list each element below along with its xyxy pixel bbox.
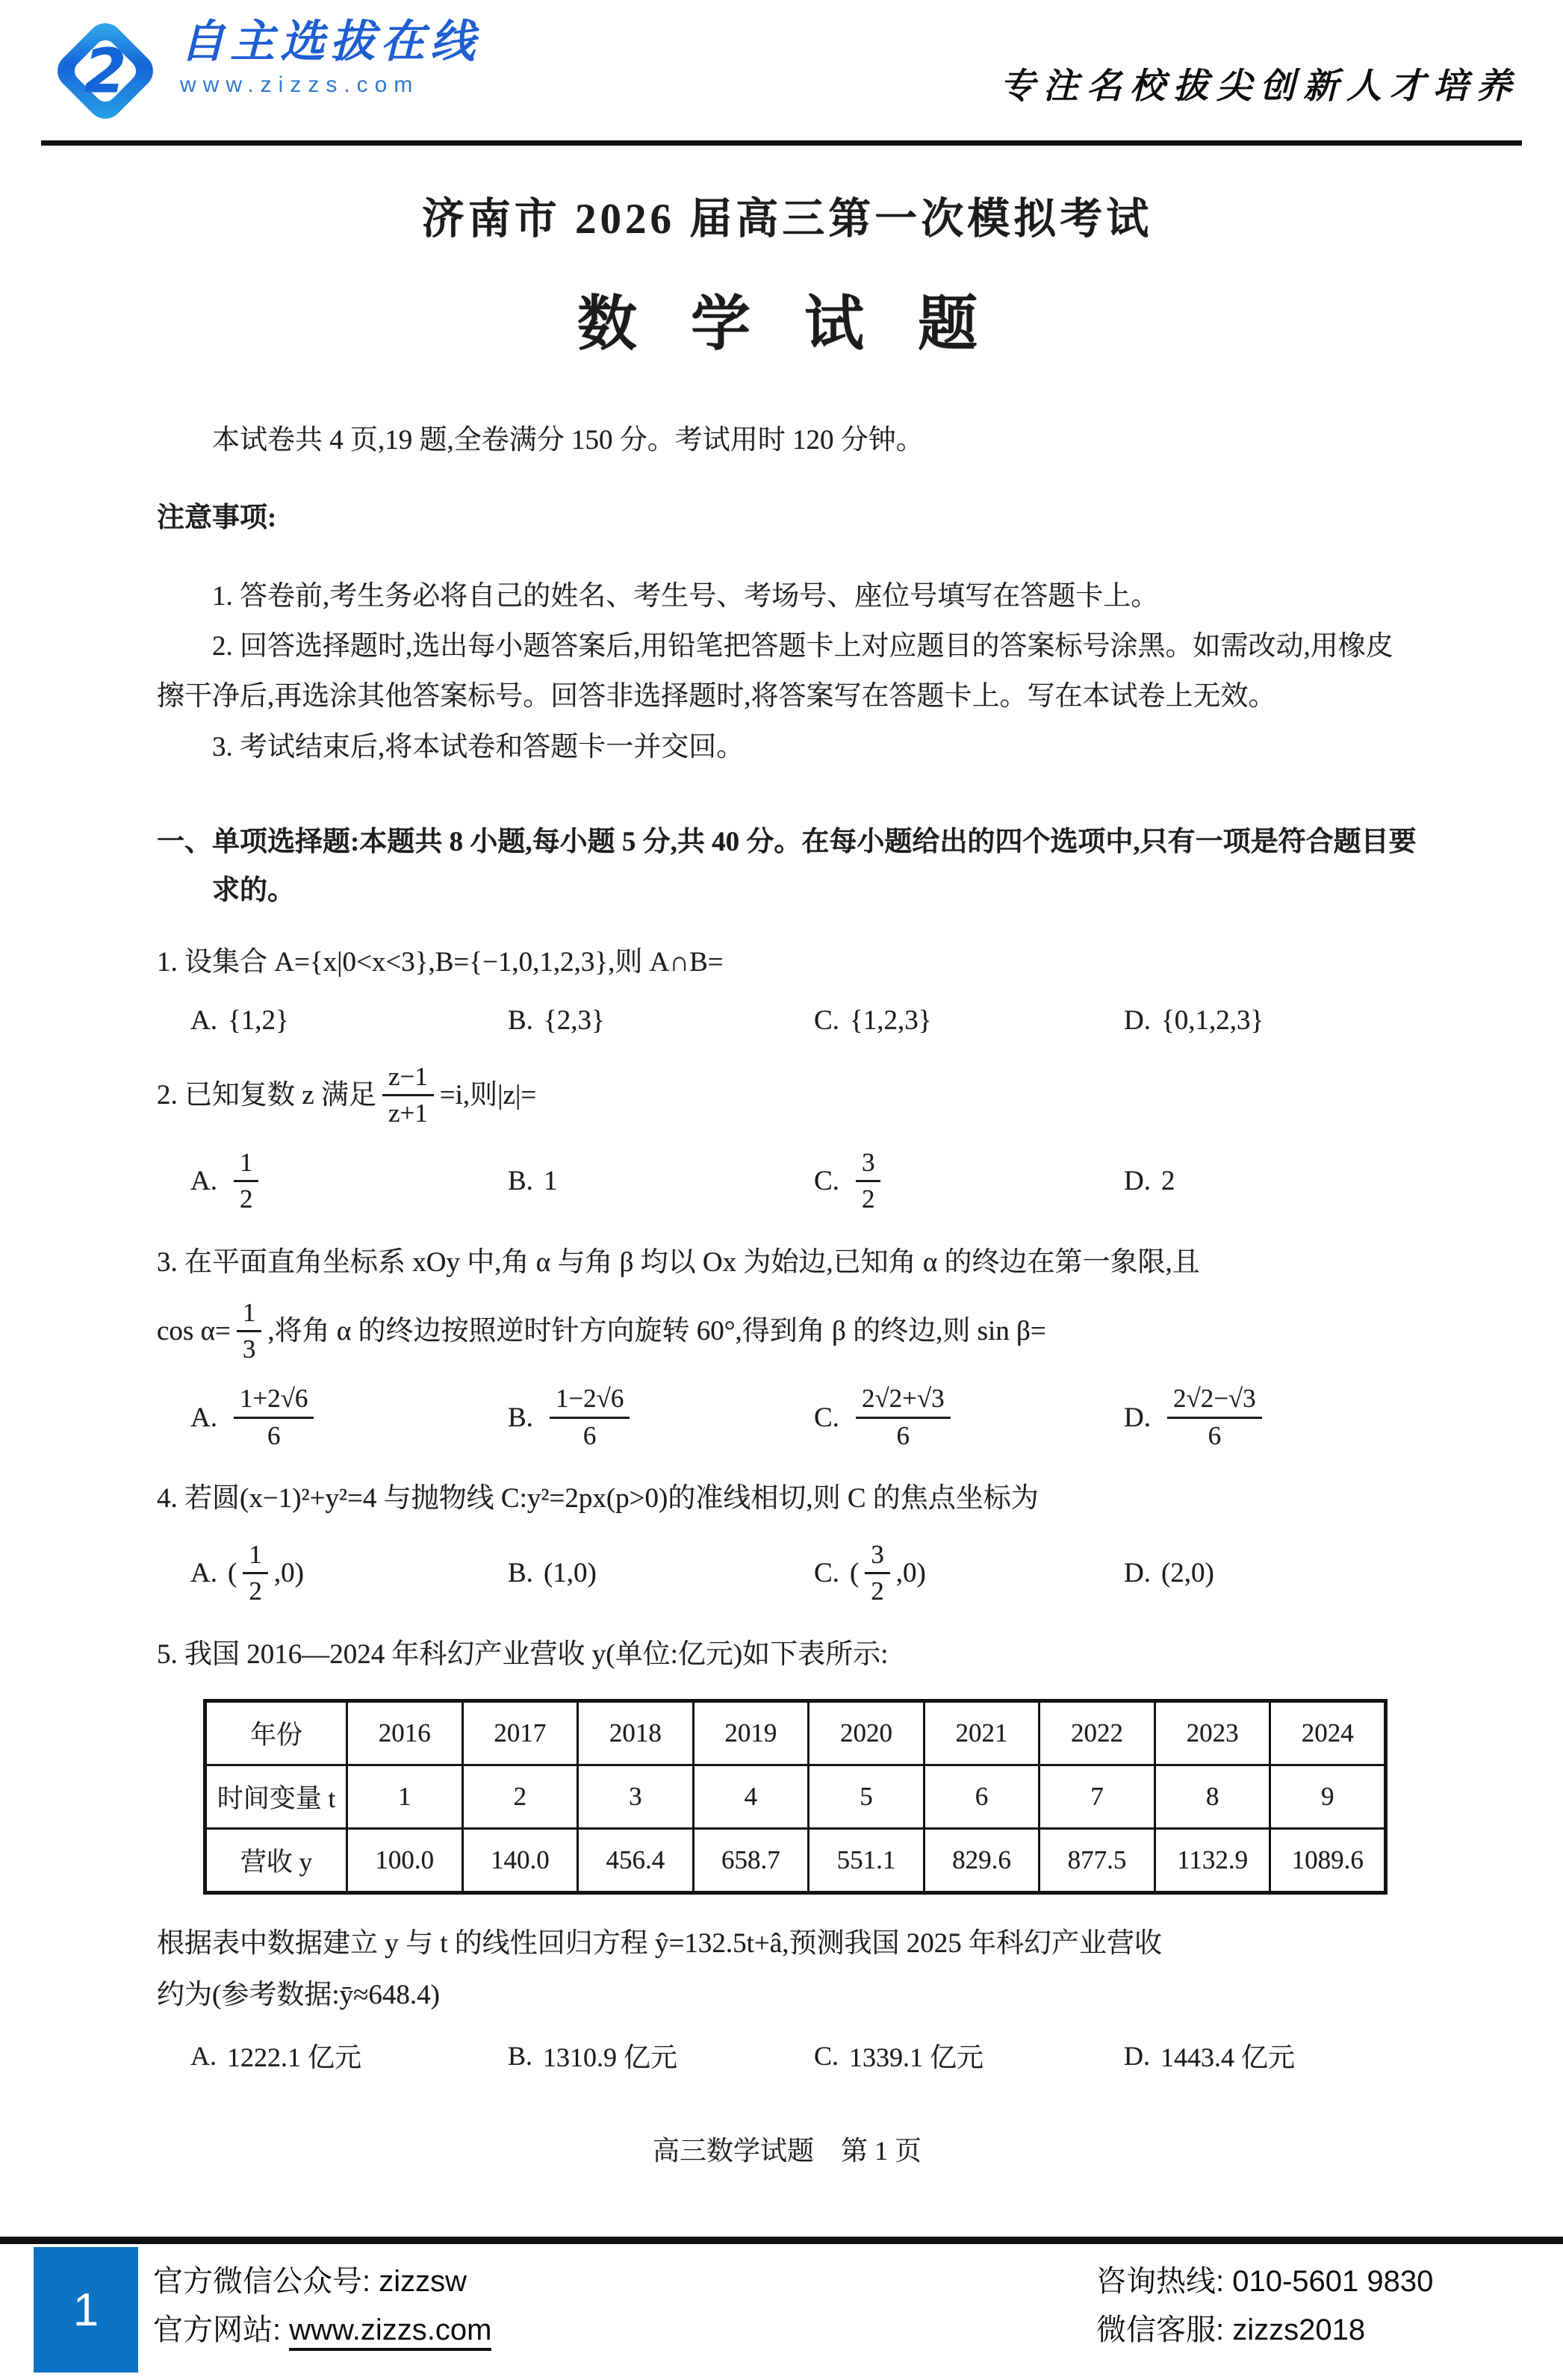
page-number-label: 高三数学试题 第 1 页 [157, 2130, 1417, 2168]
table-cell: 2024 [1270, 1700, 1386, 1765]
fraction: 2√2−√36 [1167, 1384, 1262, 1451]
page-header: 2 自主选拔在线 www.zizzs.com 专注名校拔尖创新人才培养 [0, 0, 1563, 130]
table-cell: 1 [347, 1765, 463, 1828]
table-cell: 877.5 [1040, 1828, 1155, 1892]
exam-summary: 本试卷共 4 页,19 题,全卷满分 150 分。考试用时 120 分钟。 [157, 415, 1417, 465]
page-index-badge: 1 [34, 2247, 138, 2373]
table-cell: 456.4 [578, 1828, 694, 1892]
option-c: C. 2√2+√36 [814, 1384, 1124, 1451]
table-row: 营收 y100.0140.0456.4658.7551.1829.6877.51… [205, 1828, 1386, 1892]
table-cell: 2021 [924, 1700, 1040, 1765]
fraction: 2√2+√36 [856, 1384, 951, 1451]
option-d: D. 2√2−√36 [1124, 1384, 1417, 1451]
row-header-cell: 年份 [205, 1700, 347, 1765]
question-2-stem: 2. 已知复数 z 满足 z−1z+1 =i,则|z|= [157, 1062, 1417, 1129]
option-b: B. 1−2√66 [508, 1384, 814, 1451]
option-b: B. {2,3} [508, 1004, 814, 1037]
table-cell: 551.1 [809, 1828, 925, 1892]
fraction: 32 [865, 1540, 890, 1607]
table-cell: 5 [809, 1765, 925, 1828]
option-d: D. {0,1,2,3} [1124, 1004, 1417, 1037]
option-a: A. {1,2} [190, 1004, 508, 1037]
option-d: D. (2,0) [1124, 1557, 1417, 1589]
fraction: 12 [234, 1148, 259, 1215]
table-cell: 7 [1040, 1765, 1155, 1828]
site-logo: 2 自主选拔在线 www.zizzs.com [41, 12, 480, 130]
brand-url: www.zizzs.com [180, 72, 480, 98]
table-cell: 658.7 [693, 1828, 809, 1892]
table-cell: 100.0 [347, 1828, 463, 1892]
question-5-options: A. 1222.1 亿元 B. 1310.9 亿元 C. 1339.1 亿元 D… [157, 2036, 1417, 2075]
option-d: D. 2 [1124, 1165, 1417, 1197]
question-5-stem: 5. 我国 2016—2024 年科幻产业营收 y(单位:亿元)如下表所示: [157, 1632, 1417, 1677]
question-4-options: A. ( 12 ,0) B. (1,0) C. ( 32 ,0) D. (2,0… [157, 1540, 1417, 1607]
table-cell: 2016 [347, 1700, 463, 1765]
table-cell: 3 [578, 1765, 694, 1828]
option-b: B. 1 [508, 1165, 814, 1197]
table-cell: 2023 [1155, 1700, 1270, 1765]
table-cell: 1132.9 [1155, 1828, 1270, 1892]
table-cell: 9 [1270, 1765, 1386, 1828]
revenue-table: 年份201620172018201920202021202220232024时间… [203, 1699, 1388, 1895]
option-b: B. 1310.9 亿元 [508, 2036, 814, 2075]
exam-title: 济南市 2026 届高三第一次模拟考试 [157, 184, 1417, 246]
table-cell: 829.6 [924, 1828, 1040, 1892]
table-cell: 2017 [462, 1700, 578, 1765]
question-1-options: A. {1,2} B. {2,3} C. {1,2,3} D. {0,1,2,3… [157, 1004, 1417, 1037]
option-a: A. ( 12 ,0) [190, 1540, 508, 1607]
question-2-options: A. 12 B. 1 C. 32 D. 2 [157, 1148, 1417, 1215]
fraction: 1−2√66 [550, 1384, 630, 1451]
table-cell: 2019 [693, 1700, 809, 1765]
row-header-cell: 时间变量 t [205, 1765, 347, 1828]
header-divider [41, 140, 1522, 146]
fraction: 1+2√66 [234, 1384, 314, 1451]
table-row: 时间变量 t123456789 [205, 1765, 1386, 1828]
option-c: C. ( 32 ,0) [814, 1540, 1124, 1607]
notice-item-1: 1. 答卷前,考生务必将自己的姓名、考生号、考场号、座位号填写在答题卡上。 [157, 571, 1417, 621]
table-cell: 2 [462, 1765, 578, 1828]
question-5-followup-line1: 根据表中数据建立 y 与 t 的线性回归方程 ŷ=132.5t+â,预测我国 2… [157, 1921, 1417, 1966]
option-a: A. 1222.1 亿元 [190, 2036, 508, 2075]
question-3-stem-line1: 3. 在平面直角坐标系 xOy 中,角 α 与角 β 均以 Ox 为始边,已知角… [157, 1240, 1417, 1284]
section-one-heading: 一、单项选择题:本题共 8 小题,每小题 5 分,共 40 分。在每小题给出的四… [157, 818, 1417, 916]
fraction: 32 [856, 1148, 881, 1215]
footer-right-block: 咨询热线: 010-5601 9830 微信客服: zizzs2018 [1096, 2258, 1433, 2355]
brand-name: 自主选拔在线 [180, 16, 480, 68]
question-5-followup-line2: 约为(参考数据:ȳ≈648.4) [157, 1973, 1417, 2017]
question-3-options: A. 1+2√66 B. 1−2√66 C. 2√2+√36 D. 2√2−√3… [157, 1384, 1417, 1451]
table-cell: 4 [693, 1765, 809, 1828]
question-3-stem-line2: cos α= 13 ,将角 α 的终边按照逆时针方向旋转 60°,得到角 β 的… [157, 1298, 1417, 1365]
wechat-service: 微信客服: zizzs2018 [1096, 2306, 1433, 2355]
table-cell: 1089.6 [1270, 1828, 1386, 1892]
footer-left-block: 官方微信公众号: zizzsw 官方网站: www.zizzs.com [153, 2258, 491, 2355]
table-cell: 6 [924, 1765, 1040, 1828]
fraction: 12 [243, 1540, 268, 1607]
option-d: D. 1443.4 亿元 [1124, 2036, 1417, 2075]
notice-item-3: 3. 考试结束后,将本试卷和答题卡一并交回。 [157, 722, 1417, 772]
option-b: B. (1,0) [508, 1557, 814, 1589]
header-slogan: 专注名校拔尖创新人才培养 [1000, 58, 1520, 108]
option-a: A. 1+2√66 [190, 1384, 508, 1451]
option-c: C. {1,2,3} [814, 1004, 1124, 1037]
exam-page: 济南市 2026 届高三第一次模拟考试 数 学 试 题 本试卷共 4 页,19 … [0, 184, 1563, 2168]
paper-title: 数 学 试 题 [157, 276, 1417, 361]
hotline: 咨询热线: 010-5601 9830 [1096, 2258, 1433, 2306]
notice-heading: 注意事项: [157, 493, 1417, 543]
logo-diamond-icon: 2 [41, 12, 170, 130]
svg-text:2: 2 [84, 36, 126, 107]
table-cell: 2022 [1040, 1700, 1155, 1765]
row-header-cell: 营收 y [205, 1828, 347, 1892]
option-a: A. 12 [190, 1148, 508, 1215]
revenue-table-body: 年份201620172018201920202021202220232024时间… [205, 1700, 1386, 1892]
wechat-account: 官方微信公众号: zizzsw [153, 2258, 491, 2306]
notice-item-2: 2. 回答选择题时,选出每小题答案后,用铅笔把答题卡上对应题目的答案标号涂黑。如… [157, 621, 1417, 722]
fraction: 13 [237, 1298, 262, 1365]
table-row: 年份201620172018201920202021202220232024 [205, 1700, 1386, 1765]
table-cell: 140.0 [462, 1828, 578, 1892]
question-1-stem: 1. 设集合 A={x|0<x<3},B={−1,0,1,2,3},则 A∩B= [157, 940, 1417, 984]
option-c: C. 1339.1 亿元 [814, 2036, 1124, 2075]
official-site: 官方网站: www.zizzs.com [153, 2306, 491, 2355]
table-cell: 2020 [809, 1700, 925, 1765]
table-cell: 2018 [578, 1700, 694, 1765]
fraction: z−1z+1 [382, 1062, 434, 1129]
footer-bar: 1 官方微信公众号: zizzsw 官方网站: www.zizzs.com 咨询… [0, 2237, 1563, 2380]
table-cell: 8 [1155, 1765, 1270, 1828]
option-c: C. 32 [814, 1148, 1124, 1215]
official-site-link[interactable]: www.zizzs.com [289, 2314, 491, 2351]
question-4-stem: 4. 若圆(x−1)²+y²=4 与抛物线 C:y²=2px(p>0)的准线相切… [157, 1476, 1417, 1520]
